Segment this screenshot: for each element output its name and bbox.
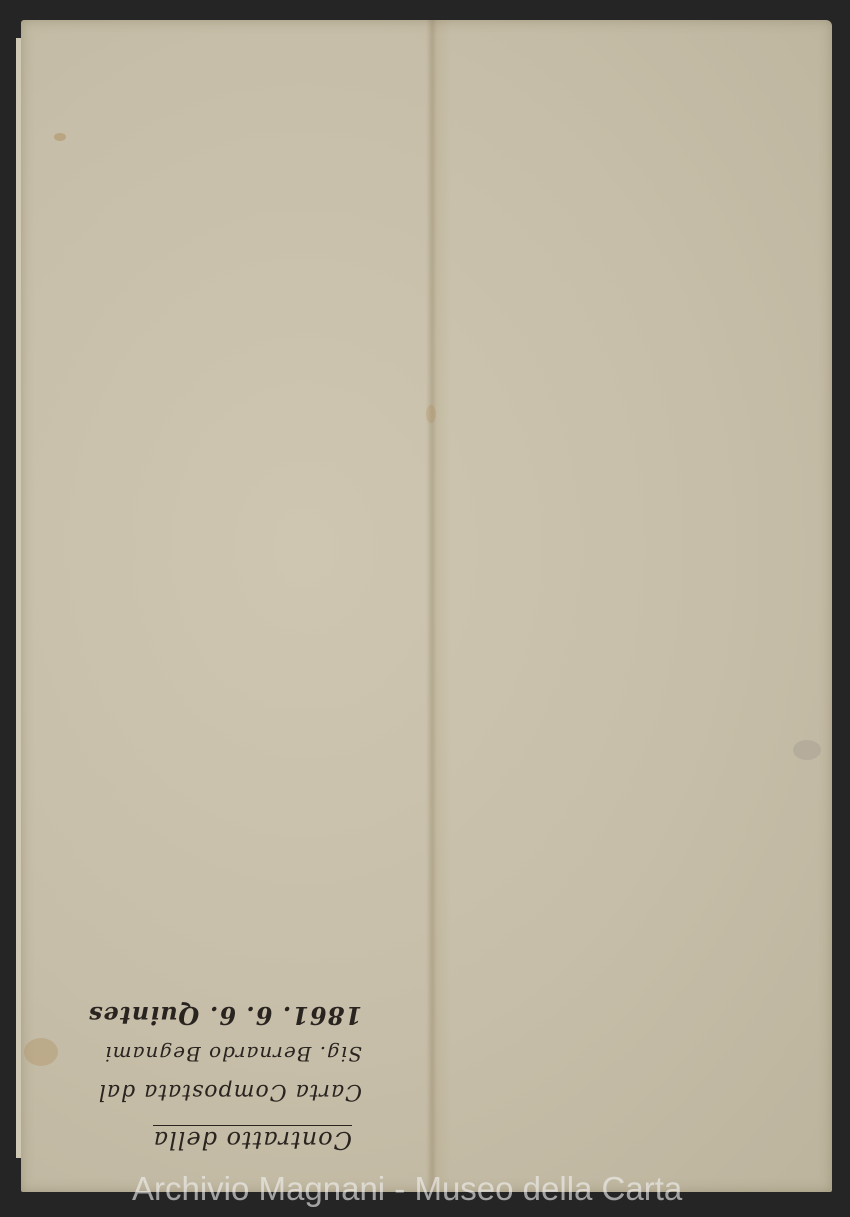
center-fold-line	[427, 20, 437, 1192]
archive-watermark: Archivio Magnani - Museo della Carta	[132, 1170, 682, 1208]
annotation-line-2: Carta Compostata dal	[98, 1079, 362, 1104]
annotation-line-4: 1861. 6. 6. Quintes	[88, 1001, 362, 1030]
handwritten-annotation: Contratto della Carta Compostata dal Sig…	[62, 992, 362, 1162]
faded-mark	[793, 740, 821, 760]
corner-stain	[24, 1038, 58, 1066]
fold-stain	[426, 405, 436, 423]
annotation-line-3: Sig. Bernardo Begnami	[104, 1042, 362, 1066]
annotation-line-1-text: Contratto della	[153, 1125, 352, 1154]
annotation-line-1: Contratto della	[153, 1126, 352, 1154]
ink-stain	[54, 133, 66, 141]
